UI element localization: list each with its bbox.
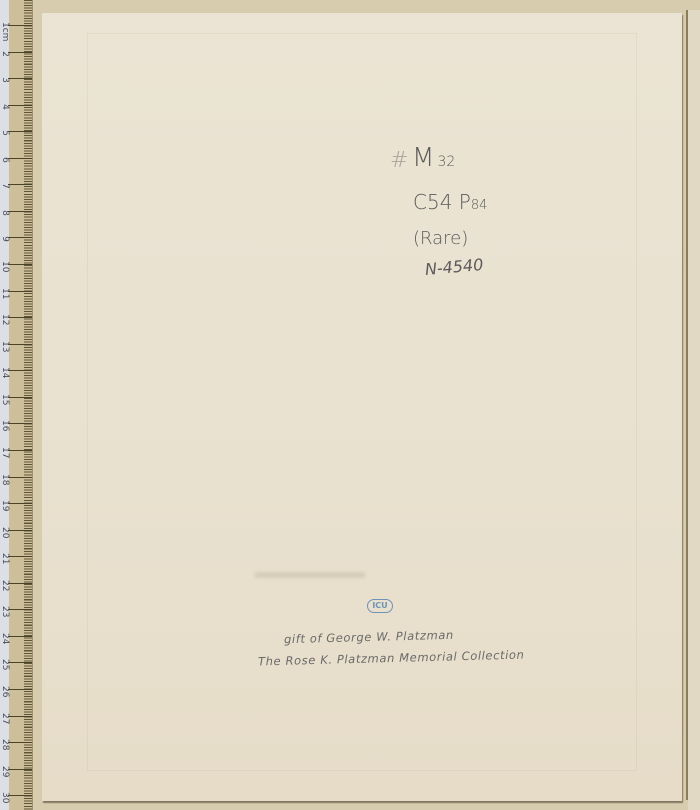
ruler-label: 5 xyxy=(0,128,10,138)
ruler-major-tick xyxy=(8,237,32,238)
call-number-cutter: C54 P84 xyxy=(413,190,487,214)
ruler-label: 4 xyxy=(0,102,10,112)
faded-mark xyxy=(255,572,365,578)
ruler-label: 21 xyxy=(0,553,10,563)
call-number-class-number: 32 xyxy=(437,154,455,170)
ruler-major-tick xyxy=(8,158,32,159)
call-number-cutter-2-number: 84 xyxy=(471,198,488,213)
binding-spine xyxy=(686,10,688,800)
ruler-label: 26 xyxy=(0,686,10,696)
ruler-label: 19 xyxy=(0,500,10,510)
ruler-label: 6 xyxy=(0,155,10,165)
ruler-label: 28 xyxy=(0,739,10,749)
ruler-major-tick xyxy=(8,742,32,743)
ruler-major-tick xyxy=(8,131,32,132)
ruler-major-tick xyxy=(8,609,32,610)
call-number-cutter-1: C54 xyxy=(413,190,452,214)
ruler-major-tick xyxy=(8,662,32,663)
ruler-label: 24 xyxy=(0,633,10,643)
ruler-major-tick xyxy=(8,636,32,637)
ruler-label: 12 xyxy=(0,314,10,324)
ruler-major-tick xyxy=(8,689,32,690)
document-page xyxy=(42,13,682,801)
ruler-label: 30 xyxy=(0,792,10,802)
ruler-major-tick xyxy=(8,344,32,345)
ruler-major-tick xyxy=(8,769,32,770)
call-number-class: M32 xyxy=(412,143,455,173)
ruler-label: 23 xyxy=(0,606,10,616)
ruler-major-tick xyxy=(8,52,32,53)
ruler-major-tick xyxy=(8,450,32,451)
ruler-label: 20 xyxy=(0,527,10,537)
ruler-label: 13 xyxy=(0,341,10,351)
ruler-label: 8 xyxy=(0,208,10,218)
ruler-major-tick xyxy=(8,397,32,398)
ruler-major-tick xyxy=(8,317,32,318)
ruler-label: 3 xyxy=(0,75,10,85)
library-stamp: ICU xyxy=(367,599,393,613)
ruler-label: 14 xyxy=(0,367,10,377)
ruler-major-tick xyxy=(8,184,32,185)
ruler-major-tick xyxy=(8,25,32,26)
ruler-major-tick xyxy=(8,423,32,424)
ruler-major-tick xyxy=(8,795,32,796)
ruler-label: 25 xyxy=(0,659,10,669)
ruler-label: 9 xyxy=(0,234,10,244)
ruler-label: 29 xyxy=(0,766,10,776)
ruler-label: 1cm xyxy=(0,22,10,32)
ruler-label: 2 xyxy=(0,49,10,59)
ruler-major-tick xyxy=(8,556,32,557)
ruler-label: 17 xyxy=(0,447,10,457)
ruler-major-tick xyxy=(8,530,32,531)
ruler-major-tick xyxy=(8,477,32,478)
measuring-ruler: 1cm 2 3 4 5 6 7 8 9 10 11 12 13 14 15 16… xyxy=(0,0,33,810)
ruler-label: 16 xyxy=(0,420,10,430)
ruler-label: 7 xyxy=(0,181,10,191)
ruler-label: 11 xyxy=(0,288,10,298)
ruler-label: 10 xyxy=(0,261,10,271)
ruler-major-tick xyxy=(8,716,32,717)
ruler-major-tick xyxy=(8,211,32,212)
ruler-major-tick xyxy=(8,583,32,584)
next-page-edge xyxy=(688,10,700,810)
ruler-major-tick xyxy=(8,78,32,79)
ruler-major-tick xyxy=(8,291,32,292)
ruler-label: 27 xyxy=(0,713,10,723)
ruler-major-tick xyxy=(8,105,32,106)
call-number-collection: (Rare) xyxy=(413,228,468,249)
ruler-major-tick xyxy=(8,264,32,265)
ruler-label: 18 xyxy=(0,474,10,484)
call-number-class-letter: M xyxy=(412,143,434,173)
call-number-cutter-2: P xyxy=(459,190,471,214)
ruler-label: 15 xyxy=(0,394,10,404)
call-number-prefix: # xyxy=(390,148,408,173)
ruler-major-tick xyxy=(8,503,32,504)
ruler-major-tick xyxy=(8,370,32,371)
ruler-label: 22 xyxy=(0,580,10,590)
